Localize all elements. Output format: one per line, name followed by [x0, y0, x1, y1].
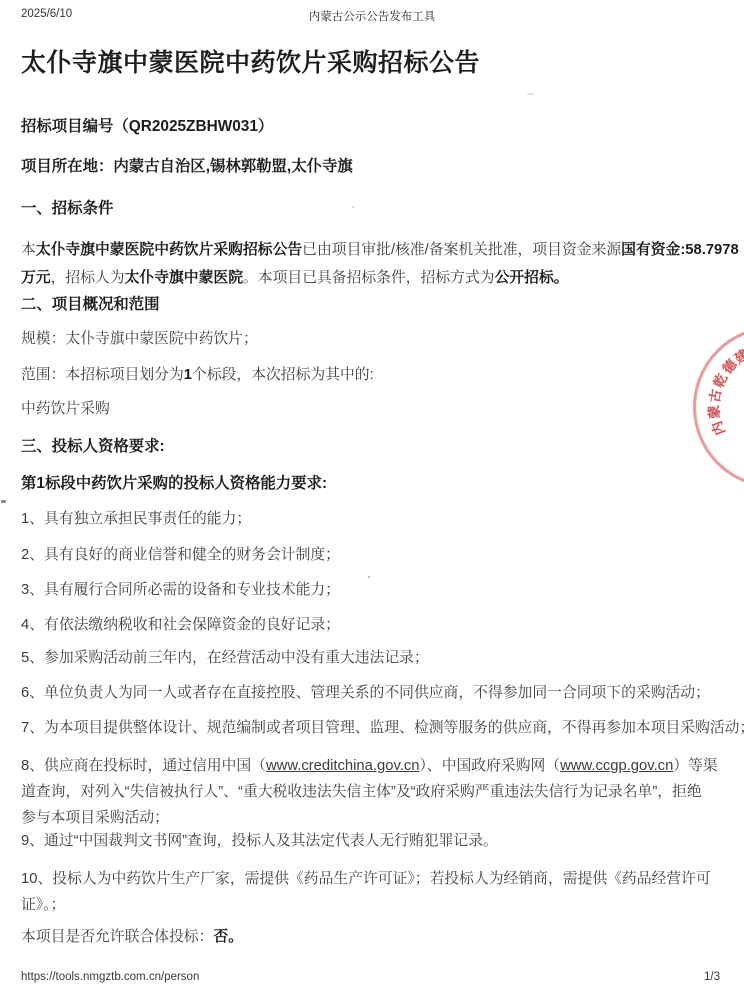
text-run: 二、项目概况和范围 [21, 296, 160, 313]
text-run: 国有资金:58.7978 [621, 242, 739, 258]
text-run: 8、供应商在投标时，通过信用中国（ [21, 758, 266, 774]
text-run: 万元 [21, 270, 51, 286]
text-run: 中药饮片采购 [21, 401, 110, 417]
requirement-item-9: 9、通过“中国裁判文书网”查询，投标人及其法定代表人无行贿犯罪记录。 [21, 831, 498, 851]
scan-speck [1, 500, 6, 503]
section-heading-2: 二、项目概况和范围 [21, 295, 160, 315]
text-run: ）等渠 [673, 758, 717, 774]
text-run: 证》。； [21, 897, 65, 913]
scan-speck [527, 93, 534, 95]
text-run: 。本项目已具备招标条件，招标方式为 [243, 270, 495, 286]
footer-url: https://tools.nmgztb.com.cn/person [21, 971, 199, 983]
paragraph-lot-name: 中药饮片采购 [21, 399, 110, 419]
section-heading-3: 三、投标人资格要求: [21, 437, 165, 457]
text-run: 本 [21, 242, 36, 258]
requirement-item-6: 6、单位负责人为同一人或者存在直接控股、管理关系的不同供应商，不得参加同一合同项… [21, 683, 710, 703]
text-run: 5、参加采购活动前三年内，在经营活动中没有重大违法记录； [21, 650, 429, 666]
requirement-item-1: 1、具有独立承担民事责任的能力； [21, 509, 251, 529]
requirement-item-3: 3、具有履行合同所必需的设备和专业技术能力； [21, 580, 340, 600]
text-run: 太仆寺旗中蒙医院中药饮片采购招标公告 [36, 242, 302, 258]
paragraph-scale: 规模：太仆寺旗中蒙医院中药饮片； [21, 329, 258, 349]
link-text[interactable]: www.ccgp.gov.cn [560, 758, 673, 774]
text-run: 个标段，本次招标为其中的: [192, 367, 374, 383]
text-run: 6、单位负责人为同一人或者存在直接控股、管理关系的不同供应商，不得参加同一合同项… [21, 685, 710, 701]
requirement-item-2: 2、具有良好的商业信誉和健全的财务会计制度； [21, 545, 340, 565]
seal-char: 蒙 [707, 403, 725, 421]
requirement-item-10: 10、投标人为中药饮片生产厂家，需提供《药品生产许可证》；若投标人为经销商，需提… [21, 866, 711, 918]
text-run: 太仆寺旗中蒙医院中药饮片采购招标公告 [21, 49, 480, 77]
text-run: 项目所在地：内蒙古自治区,锡林郭勒盟,太仆寺旗 [21, 158, 353, 175]
print-footer: https://tools.nmgztb.com.cn/person 1/3 [0, 971, 744, 987]
text-run: 7、为本项目提供整体设计、规范编制或者项目管理、监理、检测等服务的供应商，不得再… [21, 720, 744, 736]
paragraph-tender-conditions: 本太仆寺旗中蒙医院中药饮片采购招标公告已由项目审批/核准/备案机关批准，项目资金… [21, 236, 739, 292]
text-run: 一、招标条件 [21, 200, 113, 217]
text-run: 已由项目审批/核准/备案机关批准，项目资金来源 [302, 242, 621, 258]
text-run: 4、有依法缴纳税收和社会保障资金的良好记录； [21, 617, 340, 633]
paragraph-scope: 范围：本招标项目划分为1个标段，本次招标为其中的: [21, 365, 374, 385]
text-run: 公开招标。 [495, 270, 569, 286]
app-title: 内蒙古公示公告发布工具 [0, 8, 744, 24]
section-heading-1: 一、招标条件 [21, 199, 113, 219]
text-run: 三、投标人资格要求: [21, 438, 165, 455]
link-text[interactable]: www.creditchina.gov.cn [266, 758, 420, 774]
text-run: 1、具有独立承担民事责任的能力； [21, 511, 251, 527]
text-run: 3、具有履行合同所必需的设备和专业技术能力； [21, 582, 340, 598]
text-run: 范围：本招标项目划分为 [21, 367, 184, 383]
text-run: 否。 [213, 929, 243, 945]
text-run: 招标项目编号（QR2025ZBHW031） [21, 118, 273, 135]
scan-speck [352, 206, 354, 208]
text-run: 本项目是否允许联合体投标： [21, 929, 213, 945]
scan-speck [368, 576, 370, 578]
requirement-item-7: 7、为本项目提供整体设计、规范编制或者项目管理、监理、检测等服务的供应商，不得再… [21, 718, 744, 738]
requirement-item-8: 8、供应商在投标时，通过信用中国（www.creditchina.gov.cn）… [21, 753, 718, 831]
text-run: 道查询，对列入“失信被执行人”、“重大税收违法失信主体”及“政府采购严重违法失信… [21, 784, 702, 800]
page-number: 1/3 [704, 971, 720, 983]
requirement-item-5: 5、参加采购活动前三年内，在经营活动中没有重大违法记录； [21, 648, 429, 668]
text-run: 2、具有良好的商业信誉和健全的财务会计制度； [21, 547, 340, 563]
announcement-title: 太仆寺旗中蒙医院中药饮片采购招标公告 [21, 53, 480, 73]
text-run: 1 [184, 367, 192, 383]
text-run: 10、投标人为中药饮片生产厂家，需提供《药品生产许可证》；若投标人为经销商，需提… [21, 871, 711, 887]
text-run: 第1标段中药饮片采购的投标人资格能力要求: [21, 475, 327, 492]
scanned-document-page: { "header": { "date": "2025/6/10", "app_… [0, 0, 744, 1000]
text-run: 9、通过“中国裁判文书网”查询，投标人及其法定代表人无行贿犯罪记录。 [21, 833, 498, 849]
lot-qualification-heading: 第1标段中药饮片采购的投标人资格能力要求: [21, 474, 327, 494]
print-header: 2025/6/10 内蒙古公示公告发布工具 [0, 8, 744, 24]
text-run: 太仆寺旗中蒙医院 [125, 270, 243, 286]
requirement-item-4: 4、有依法缴纳税收和社会保障资金的良好记录； [21, 615, 340, 635]
text-run: ）、中国政府采购网（ [420, 758, 561, 774]
paragraph-consortium: 本项目是否允许联合体投标：否。 [21, 927, 243, 947]
text-run: 规模：太仆寺旗中蒙医院中药饮片； [21, 331, 258, 347]
project-number: 招标项目编号（QR2025ZBHW031） [21, 117, 273, 137]
text-run: 参与本项目采购活动； [21, 810, 169, 826]
text-run: ，招标人为 [51, 270, 125, 286]
project-location: 项目所在地：内蒙古自治区,锡林郭勒盟,太仆寺旗 [21, 157, 353, 177]
